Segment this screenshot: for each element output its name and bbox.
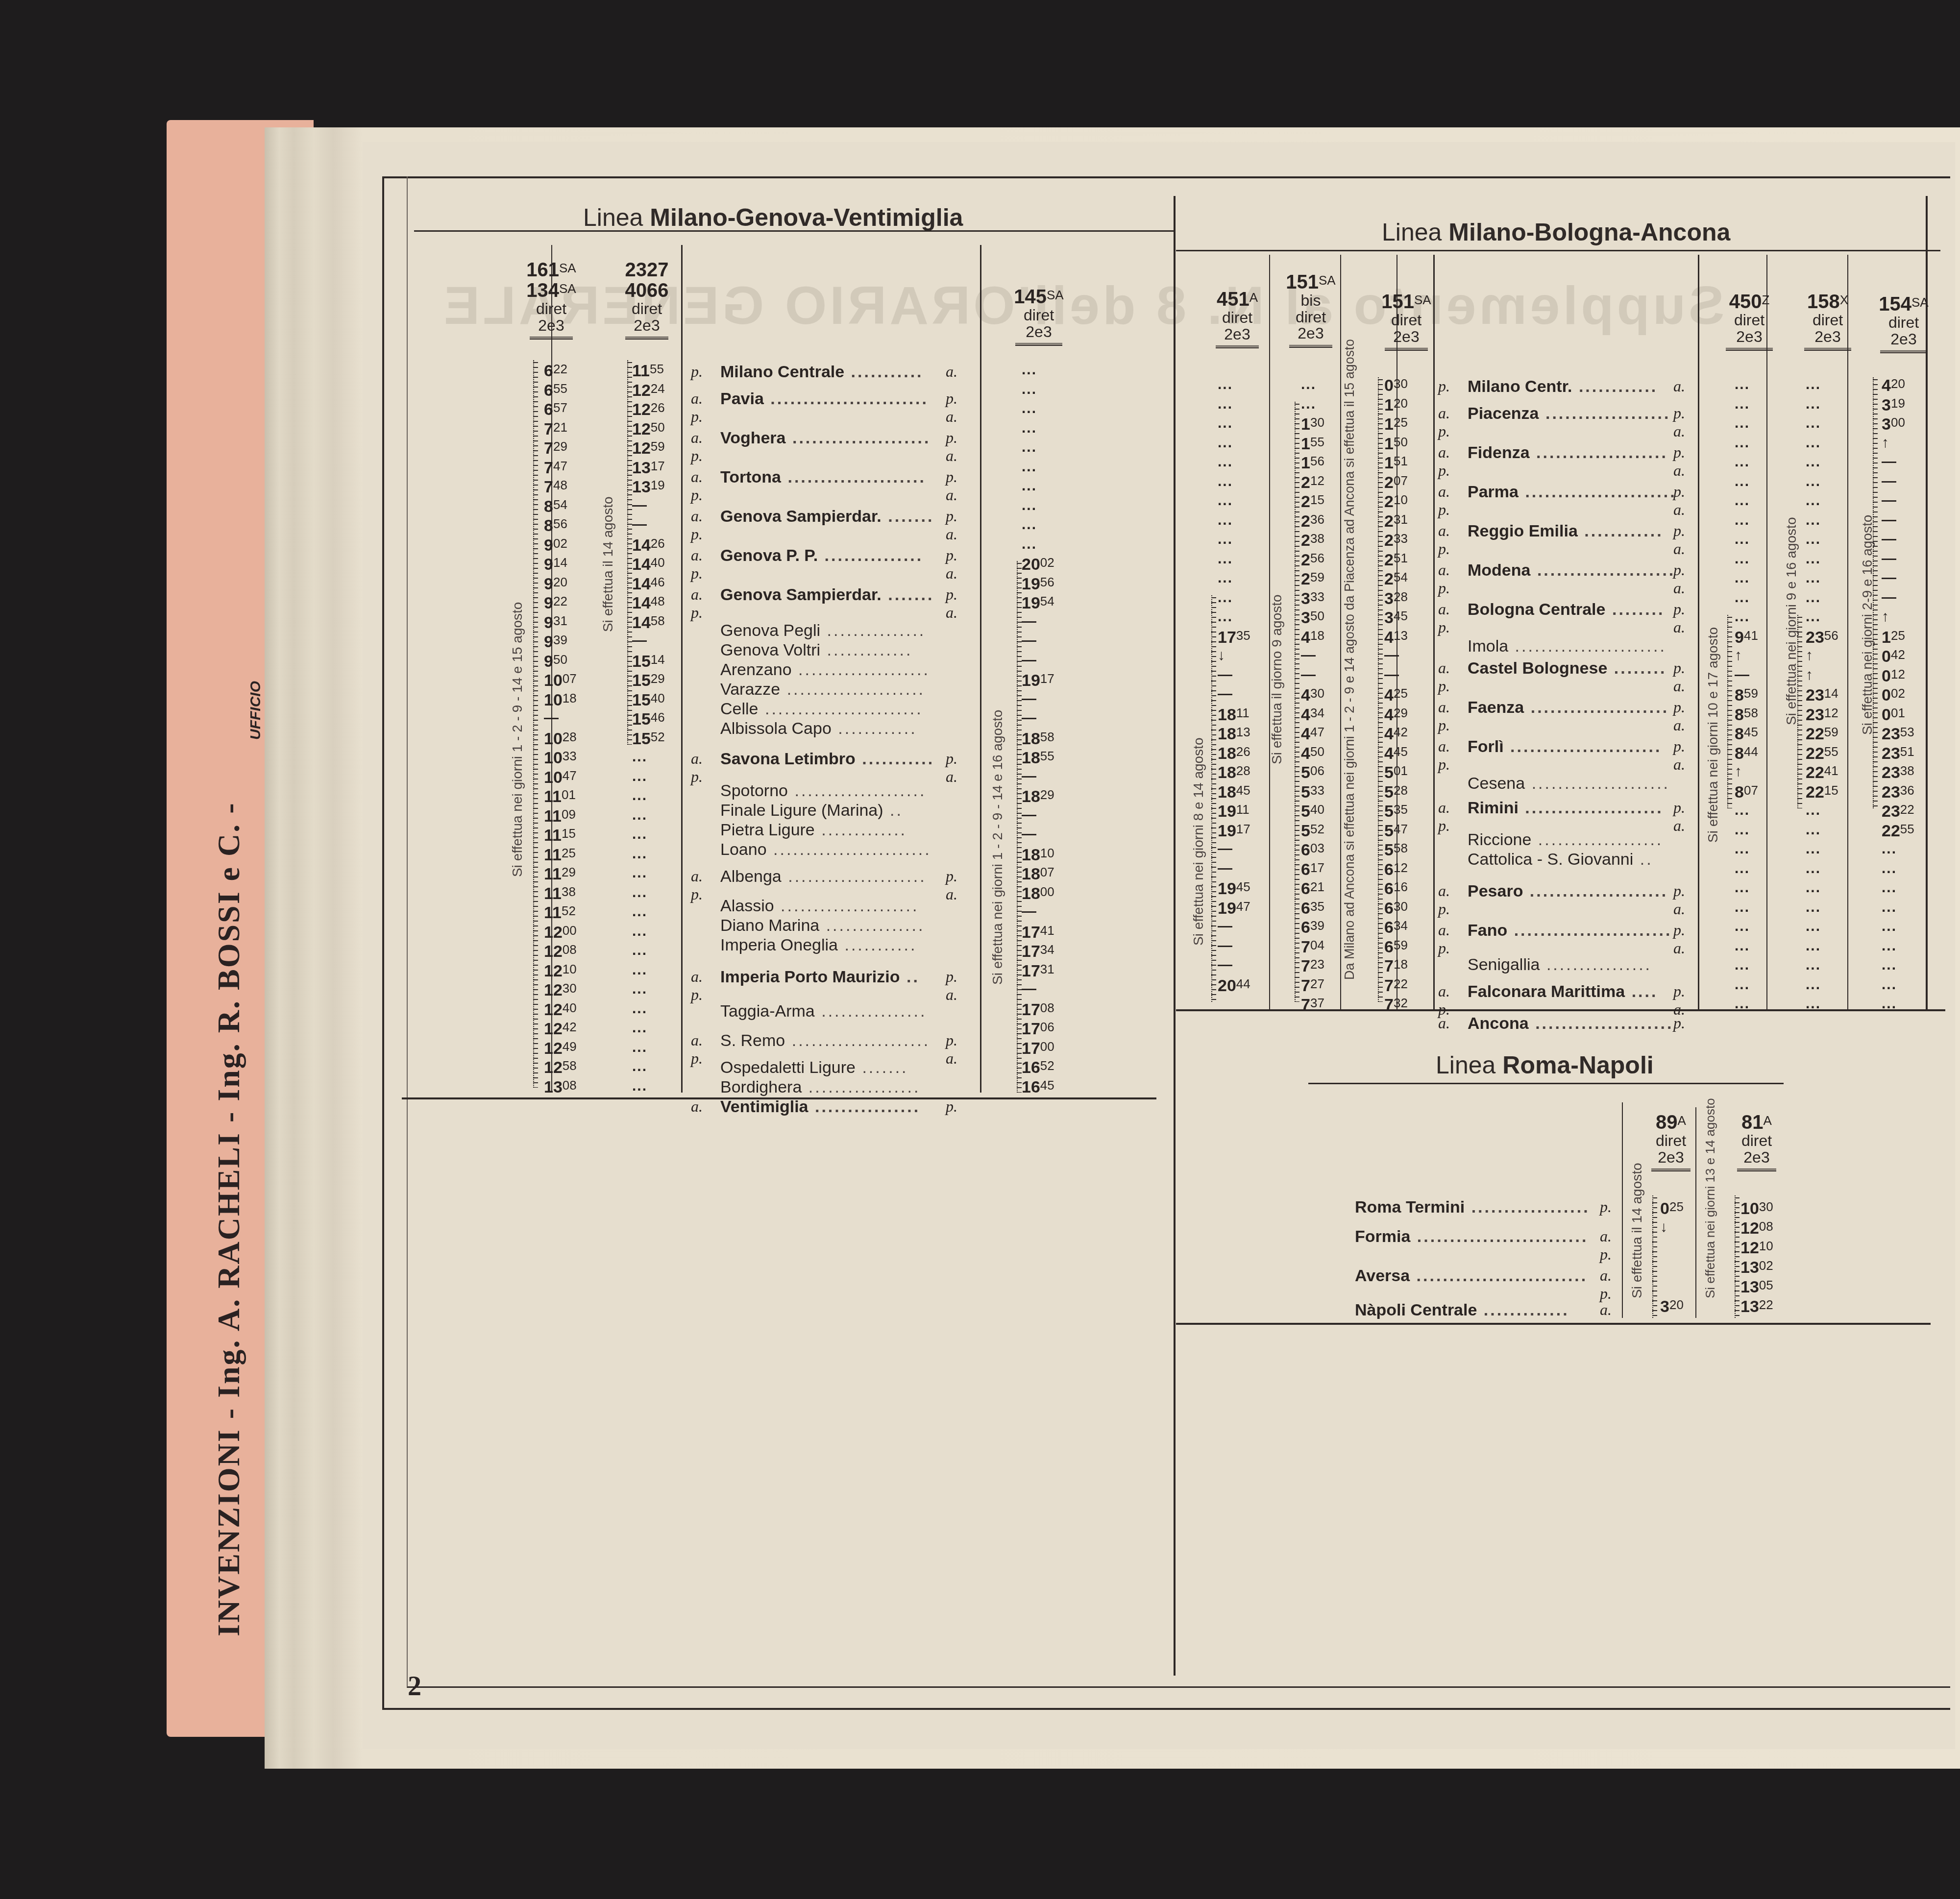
time-cell: ...	[1022, 440, 1037, 455]
dot-leader: ...............	[820, 621, 926, 640]
time-cell: 1546	[632, 711, 665, 728]
time-cell: 254	[1384, 571, 1408, 587]
time-cell: ...	[1735, 513, 1750, 528]
time-cell: ...	[1735, 532, 1750, 547]
arr-dep-marker-right: p. a.	[946, 1031, 957, 1068]
time-cell: 151	[1384, 455, 1408, 471]
time-cell: —	[1218, 861, 1232, 876]
time-cell: 1945	[1218, 880, 1250, 897]
time-cell: 1258	[544, 1059, 577, 1076]
time-cell: 552	[1301, 823, 1324, 839]
time-cell: ...	[1735, 997, 1750, 1011]
time-cell: 535	[1384, 803, 1408, 820]
station-row: Fidenza ....................	[1468, 443, 1668, 463]
arr-dep-marker-left: a. p.	[691, 390, 703, 426]
time-cell: ...	[632, 1001, 647, 1016]
time-cell: 657	[544, 401, 567, 418]
dot-leader: ..	[1633, 850, 1653, 869]
time-cell: ...	[1806, 900, 1821, 915]
time-cell: 920	[544, 576, 567, 592]
wavy-marker-151bis	[1295, 402, 1299, 1002]
time-cell: ...	[1806, 552, 1821, 566]
time-cell: ...	[1218, 609, 1233, 624]
time-cell: 442	[1384, 726, 1408, 742]
arr-dep-marker-left: a. p.	[1438, 659, 1450, 695]
time-cell: —	[1022, 904, 1036, 919]
time-cell: 844	[1735, 745, 1758, 762]
dot-leader: ..........................	[1410, 1266, 1588, 1285]
time-cell: 630	[1384, 900, 1408, 917]
station-row: Milano Centrale ...........	[720, 363, 924, 382]
train-header-81: 81A diret 2e3	[1732, 1112, 1781, 1171]
time-cell: —	[1384, 668, 1399, 682]
time-cell: 155	[1301, 436, 1324, 452]
time-cell: 1125	[544, 847, 576, 863]
time-cell: 721	[544, 421, 567, 438]
station-name: Spotorno	[720, 781, 788, 800]
time-cell: 231	[1384, 513, 1408, 530]
arr-dep-marker-left: a. p.	[1438, 921, 1450, 957]
arr-dep-marker-left: a. p.	[1438, 483, 1450, 519]
time-cell: 729	[544, 440, 567, 457]
dot-leader: ..........................	[1410, 1227, 1588, 1246]
station-name: Bordighera	[720, 1078, 802, 1096]
time-cell: 931	[544, 614, 567, 631]
arr-dep-marker-right: p. a.	[946, 968, 957, 1004]
wavy-marker-89	[1652, 1195, 1657, 1318]
arr-dep-marker-left: a. p.	[1438, 698, 1450, 734]
time-cell: 1210	[544, 963, 577, 979]
time-cell: 659	[1384, 939, 1408, 955]
arr-dep-marker-right: a. p.	[1600, 1266, 1612, 1303]
time-cell: ...	[1735, 552, 1750, 566]
time-cell: ...	[1218, 552, 1233, 566]
time-cell: 1514	[632, 653, 665, 670]
time-cell: 732	[1384, 997, 1408, 1013]
time-cell: 1317	[632, 460, 665, 476]
wavy-marker-154	[1873, 377, 1878, 808]
station-row: Genova Voltri .............	[720, 641, 912, 660]
time-cell: ...	[1218, 474, 1233, 489]
dot-leader: .....................	[786, 429, 931, 447]
bologna-col-rule-2	[1340, 255, 1341, 1009]
time-cell: 236	[1301, 513, 1324, 530]
page-number: 2	[408, 1671, 421, 1702]
station-name: Genova Sampierdar.	[720, 507, 882, 526]
arr-dep-marker-right: p. a.	[1673, 404, 1685, 440]
time-cell: 1033	[544, 750, 577, 766]
time-cell: —	[1022, 711, 1036, 726]
time-cell: 856	[544, 517, 567, 534]
station-row: Diano Marina ...............	[720, 916, 925, 935]
time-cell: 320	[1660, 1298, 1684, 1315]
arr-dep-marker-left: a. p.	[1438, 882, 1450, 918]
dot-leader: .....................	[1523, 882, 1668, 901]
time-cell: ...	[632, 1059, 647, 1074]
time-cell: ...	[632, 885, 647, 900]
dot-leader: ............	[1578, 522, 1664, 540]
time-cell: —	[1218, 939, 1232, 953]
time-cell: ...	[1882, 939, 1897, 953]
station-name: Forlì	[1468, 737, 1504, 756]
station-name: Genova Pegli	[720, 621, 820, 640]
time-cell: 1200	[544, 924, 577, 941]
time-cell: 558	[1384, 842, 1408, 858]
time-cell: 1152	[544, 904, 576, 921]
time-cell: 1322	[1740, 1298, 1773, 1315]
time-cell: 1813	[1218, 726, 1250, 742]
time-cell: 621	[1301, 880, 1324, 897]
time-cell: 1440	[632, 556, 665, 573]
time-cell: 350	[1301, 609, 1324, 626]
arr-dep-marker-left: a.	[1438, 1014, 1450, 1032]
time-cell: ↑	[1735, 764, 1742, 779]
time-cell: 727	[1301, 977, 1324, 994]
time-cell: 1845	[1218, 784, 1250, 801]
station-name: Senigallia	[1468, 955, 1540, 974]
dot-leader: ...................	[1531, 830, 1663, 849]
bologna-col-rule-4	[1433, 255, 1435, 1009]
station-name: Fidenza	[1468, 443, 1530, 462]
time-cell: —	[1022, 982, 1036, 997]
time-cell: 025	[1660, 1200, 1684, 1217]
station-row: Piacenza ...................	[1468, 404, 1670, 423]
time-cell: 1700	[1022, 1040, 1054, 1057]
time-cell: 445	[1384, 745, 1408, 762]
station-row: Cattolica - S. Giovanni ..	[1468, 850, 1653, 869]
time-cell: 1047	[544, 769, 577, 786]
time-cell: ...	[1806, 493, 1821, 508]
divider-bologna-bottom	[1176, 1009, 1945, 1011]
arr-dep-marker-left: a. p.	[1438, 799, 1450, 835]
time-cell: 1018	[544, 692, 577, 708]
time-cell: 941	[1735, 629, 1758, 646]
dot-leader: .....................	[780, 680, 925, 699]
station-row: Albenga .....................	[720, 867, 927, 886]
time-cell: ...	[1735, 416, 1750, 431]
time-cell: ...	[1218, 377, 1233, 392]
dot-leader: ................	[808, 1097, 921, 1116]
wavy-marker-451	[1211, 595, 1216, 1002]
time-cell: —	[1882, 590, 1896, 605]
station-name: Bologna Centrale	[1468, 600, 1605, 619]
train-header-161: 161SA 134SA diret 2e3	[524, 260, 578, 340]
time-cell: 1208	[1740, 1220, 1773, 1237]
time-cell: 1954	[1022, 595, 1054, 611]
time-cell: —	[1022, 692, 1036, 706]
time-cell: 1529	[632, 672, 665, 689]
dot-leader: ............	[832, 719, 917, 738]
station-row: Genova P. P. ...............	[720, 546, 923, 565]
time-cell: 413	[1384, 629, 1408, 646]
station-row: Riccione ...................	[1468, 830, 1663, 850]
napoli-title-rule	[1308, 1083, 1784, 1084]
time-cell: ...	[1218, 436, 1233, 450]
time-cell: 1810	[1022, 847, 1054, 863]
dot-leader: ..	[883, 801, 903, 820]
time-cell: 1708	[1022, 1001, 1054, 1018]
station-row: Voghera .....................	[720, 429, 931, 448]
arr-dep-marker-right: p. a.	[946, 468, 957, 504]
dot-leader: ..	[900, 968, 920, 986]
time-cell: 2044	[1218, 977, 1250, 994]
station-row: Reggio Emilia ............	[1468, 522, 1664, 541]
time-cell: ...	[1735, 900, 1750, 915]
time-cell: ...	[1806, 823, 1821, 837]
arr-dep-marker-right: p.	[1600, 1198, 1612, 1216]
time-cell: 210	[1384, 493, 1408, 510]
station-name: Nàpoli Centrale	[1355, 1301, 1477, 1319]
time-cell: 215	[1301, 493, 1324, 510]
arr-dep-marker-right: p. a.	[946, 429, 957, 465]
station-row: Faenza .....................	[1468, 698, 1669, 717]
station-name: Pavia	[720, 390, 764, 408]
station-row: Celle ........................	[720, 700, 923, 719]
time-cell: 1741	[1022, 924, 1054, 941]
station-name: Imperia Porto Maurizio	[720, 968, 900, 986]
time-cell: ...	[1806, 958, 1821, 973]
station-name: Tortona	[720, 468, 781, 487]
arr-dep-marker-right: p. a.	[946, 750, 957, 786]
time-cell: —	[1882, 571, 1896, 585]
time-cell: ...	[1806, 977, 1821, 992]
dot-leader: .....................	[1525, 774, 1670, 793]
dot-leader: .............	[1477, 1301, 1569, 1319]
time-cell: 506	[1301, 764, 1324, 781]
dot-leader: .....................	[782, 867, 927, 886]
time-cell: ...	[1735, 842, 1750, 856]
time-cell: 434	[1301, 706, 1324, 723]
time-cell: ...	[1735, 377, 1750, 392]
time-cell: 1302	[1740, 1259, 1773, 1276]
dot-leader: .....................	[1529, 1014, 1674, 1033]
station-name: Milano Centrale	[720, 363, 844, 381]
time-cell: 1540	[632, 692, 665, 708]
dot-leader: ........................	[1507, 921, 1672, 940]
time-cell: ...	[1022, 382, 1037, 397]
time-cell: 845	[1735, 726, 1758, 742]
time-cell: 420	[1882, 377, 1905, 394]
station-row: Genova Sampierdar. .......	[720, 585, 934, 605]
time-cell: 902	[544, 537, 567, 554]
dot-leader: ....................	[788, 781, 926, 800]
time-cell: 2351	[1882, 745, 1914, 762]
time-cell: —	[1022, 827, 1036, 842]
dot-leader: .............	[820, 641, 912, 659]
time-cell: 533	[1301, 784, 1324, 801]
time-cell: ...	[1218, 455, 1233, 469]
time-cell: 1138	[544, 885, 576, 902]
note-train-81: Si effettua nei giorni 13 e 14 agosto	[1703, 1098, 1718, 1298]
time-cell: 333	[1301, 590, 1324, 607]
time-cell: 1230	[544, 982, 577, 998]
station-row: Imperia Oneglia ...........	[720, 936, 917, 955]
station-name: Arenzano	[720, 660, 792, 679]
time-cell: 156	[1301, 455, 1324, 471]
station-name: Savona Letimbro	[720, 750, 856, 768]
time-cell: 540	[1301, 803, 1324, 820]
arr-dep-marker-left: a. p.	[1438, 443, 1450, 480]
time-cell: 1947	[1218, 900, 1250, 917]
station-name: Reggio Emilia	[1468, 522, 1578, 540]
time-cell: 634	[1384, 919, 1408, 936]
dot-leader: ........................	[767, 840, 931, 859]
time-cell: 1250	[632, 421, 665, 438]
time-cell: 1645	[1022, 1079, 1054, 1096]
station-name: Alassio	[720, 897, 774, 915]
time-cell: 120	[1384, 397, 1408, 414]
dot-leader: ................	[1540, 955, 1652, 974]
time-cell: 1731	[1022, 963, 1054, 979]
arr-dep-marker-right: p. a.	[1673, 737, 1685, 774]
time-cell: ...	[632, 943, 647, 958]
time-cell: ...	[1735, 861, 1750, 876]
wavy-marker-145	[1017, 561, 1022, 1093]
arr-dep-marker-left: a. p.	[1438, 561, 1450, 597]
time-cell: 639	[1301, 919, 1324, 936]
time-cell: —	[1882, 532, 1896, 547]
station-row: Pietra Ligure .............	[720, 821, 907, 840]
arr-dep-marker-right: p. a.	[946, 585, 957, 622]
time-cell: —	[1022, 808, 1036, 823]
station-row: Milano Centr. ............	[1468, 377, 1658, 396]
dot-leader: .......	[882, 507, 934, 526]
time-cell: 622	[544, 363, 567, 379]
dot-leader: ....................	[792, 660, 930, 679]
time-cell: ...	[1735, 823, 1750, 837]
station-row: Finale Ligure (Marina) ..	[720, 801, 903, 820]
note-train-151: Da Milano ad Ancona si effettua nei gior…	[1343, 284, 1357, 980]
dot-leader: .......	[856, 1058, 908, 1077]
train-header-2327: 2327 4066 diret 2e3	[620, 260, 674, 340]
train-header-151: 151SA diret 2e3	[1379, 292, 1433, 351]
time-cell: ...	[1735, 939, 1750, 953]
station-row: Varazze .....................	[720, 680, 925, 699]
time-cell: ...	[632, 963, 647, 977]
dot-leader: ....	[1625, 982, 1658, 1001]
time-cell: ...	[1806, 803, 1821, 818]
station-name: Cattolica - S. Giovanni	[1468, 850, 1633, 869]
station-row: Ancona .....................	[1468, 1014, 1674, 1033]
section-title-napoli: LineaRoma-Napoli	[1436, 1051, 1654, 1079]
time-cell: 319	[1882, 397, 1905, 414]
time-cell: 1210	[1740, 1240, 1773, 1256]
station-name: Genova Voltri	[720, 641, 820, 659]
time-cell: —	[1384, 648, 1399, 663]
time-cell: ↑	[1735, 648, 1742, 663]
dot-leader: ...............	[819, 916, 925, 935]
time-cell: ...	[1806, 939, 1821, 953]
time-cell: ...	[1806, 416, 1821, 431]
station-row: Ospedaletti Ligure .......	[720, 1058, 908, 1077]
station-name: Finale Ligure (Marina)	[720, 801, 883, 820]
time-cell: 1800	[1022, 885, 1054, 902]
time-cell: ...	[632, 769, 647, 784]
station-row: Modena .....................	[1468, 561, 1675, 580]
time-cell: —	[1218, 842, 1232, 856]
time-cell: 1829	[1022, 788, 1054, 805]
time-cell: —	[1882, 552, 1896, 566]
dot-leader: .......................	[1504, 737, 1662, 756]
time-cell: —	[1022, 769, 1036, 784]
station-name: Riccione	[1468, 830, 1531, 849]
time-cell: 859	[1735, 687, 1758, 704]
station-row: Albissola Capo ............	[720, 719, 917, 738]
station-name: Voghera	[720, 429, 786, 447]
time-cell: 858	[1735, 706, 1758, 723]
time-cell: —	[1882, 513, 1896, 528]
time-cell: ...	[1735, 919, 1750, 934]
station-row: Senigallia ................	[1468, 955, 1652, 974]
station-name: Milano Centr.	[1468, 377, 1572, 396]
divider-napoli-bottom	[1176, 1323, 1931, 1325]
time-cell: 547	[1384, 823, 1408, 839]
arr-dep-marker-left: a. p.	[1438, 737, 1450, 774]
time-cell: 2336	[1882, 784, 1914, 801]
time-cell: 2002	[1022, 556, 1054, 573]
time-cell: ...	[632, 808, 647, 823]
station-name: Celle	[720, 700, 758, 718]
time-cell: 747	[544, 460, 567, 476]
dot-leader: .......................	[1519, 483, 1677, 501]
time-cell: 002	[1882, 687, 1905, 704]
time-cell: 616	[1384, 880, 1408, 897]
time-cell: 1446	[632, 576, 665, 592]
time-cell: 939	[544, 633, 567, 650]
station-row: Forlì .......................	[1468, 737, 1662, 756]
bologna-title-rule	[1176, 250, 1940, 251]
time-cell: ↓	[1218, 648, 1225, 663]
time-cell: ...	[632, 788, 647, 803]
arr-dep-marker-left: a. p.	[691, 1031, 703, 1068]
time-cell: ...	[1806, 571, 1821, 585]
time-cell: 612	[1384, 861, 1408, 878]
arr-dep-marker-left: a. p.	[1438, 404, 1450, 440]
time-cell: 748	[544, 479, 567, 495]
time-cell: ↑	[1882, 609, 1889, 624]
dot-leader: ...........	[844, 363, 923, 381]
time-cell: —	[1882, 493, 1896, 508]
time-cell: ...	[1806, 997, 1821, 1011]
dot-leader: .....................	[1524, 698, 1669, 717]
time-cell: —	[1882, 455, 1896, 469]
time-cell: ...	[1218, 493, 1233, 508]
time-cell: 1030	[1740, 1200, 1773, 1217]
divider-vertical-main	[1174, 196, 1176, 1676]
time-cell: 1224	[632, 382, 665, 399]
station-name: Formia	[1355, 1227, 1410, 1246]
train-header-151bis: 151SA bis diret 2e3	[1284, 272, 1338, 348]
station-row: Falconara Marittima ....	[1468, 982, 1658, 1001]
dot-leader: ........................	[758, 700, 923, 718]
time-cell: 718	[1384, 958, 1408, 974]
arr-dep-marker-right: p. a.	[1673, 982, 1685, 1019]
arr-dep-marker-right: p.	[946, 1097, 957, 1116]
arr-dep-marker-left: a. p.	[691, 968, 703, 1004]
time-cell: ...	[1806, 436, 1821, 450]
station-row: Aversa ..........................	[1355, 1266, 1588, 1286]
time-cell: 1956	[1022, 576, 1054, 592]
time-cell: 207	[1384, 474, 1408, 491]
arr-dep-marker-right: p. a.	[1673, 882, 1685, 918]
time-cell: —	[632, 633, 647, 648]
time-cell: 655	[544, 382, 567, 399]
dot-leader: .......................	[1508, 637, 1666, 656]
station-row: Castel Bolognese ........	[1468, 659, 1666, 678]
genova-col-rule-2	[681, 245, 683, 1093]
station-name: Imola	[1468, 637, 1508, 656]
station-name: Genova Sampierdar.	[720, 585, 882, 604]
